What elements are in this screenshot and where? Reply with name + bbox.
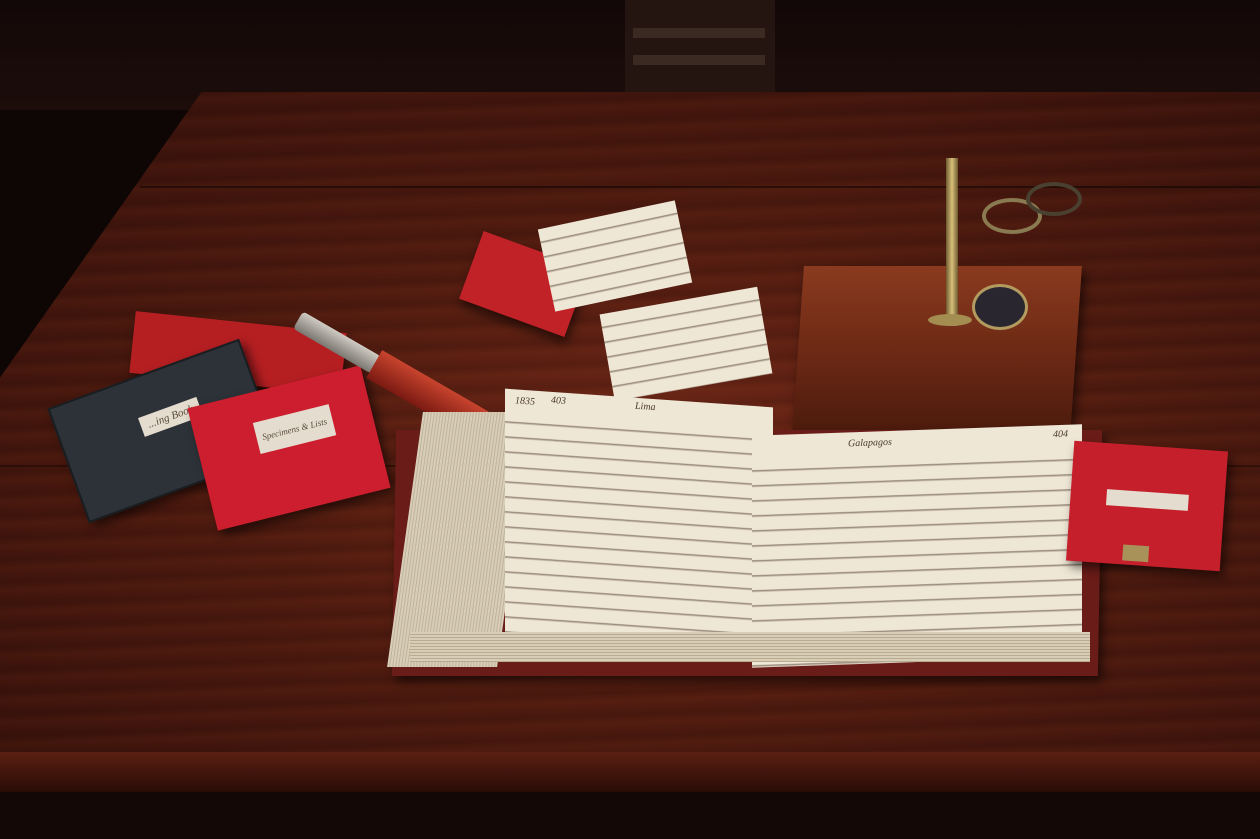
notebook-label: Specimens & Lists — [253, 404, 336, 454]
journal-page-number: 403 — [551, 395, 566, 407]
journal-year: 1835 — [515, 395, 535, 407]
table-edge — [0, 752, 1260, 792]
red-notebook-right — [1066, 441, 1228, 571]
microscope-base — [928, 314, 972, 326]
handwriting — [505, 409, 773, 658]
microscope — [922, 148, 1082, 333]
background-shelf — [625, 0, 775, 95]
microscope-pillar — [946, 158, 958, 326]
microscope-lens-ring — [1026, 182, 1082, 216]
table-seam — [140, 186, 1260, 188]
journal-page-header: Galapagos — [848, 437, 892, 450]
journal-page-header: Lima — [635, 401, 656, 413]
microscope-mirror — [972, 284, 1028, 330]
floor — [0, 792, 1260, 839]
shelf-line — [633, 55, 765, 65]
journal-left-page: 1835 403 Lima — [505, 389, 773, 658]
journal-bottom-edge — [410, 632, 1090, 662]
notebook-clasp — [1122, 544, 1149, 562]
notebook-label — [1106, 489, 1189, 511]
shelf-line — [633, 28, 765, 38]
journal-page-number: 404 — [1053, 429, 1068, 441]
